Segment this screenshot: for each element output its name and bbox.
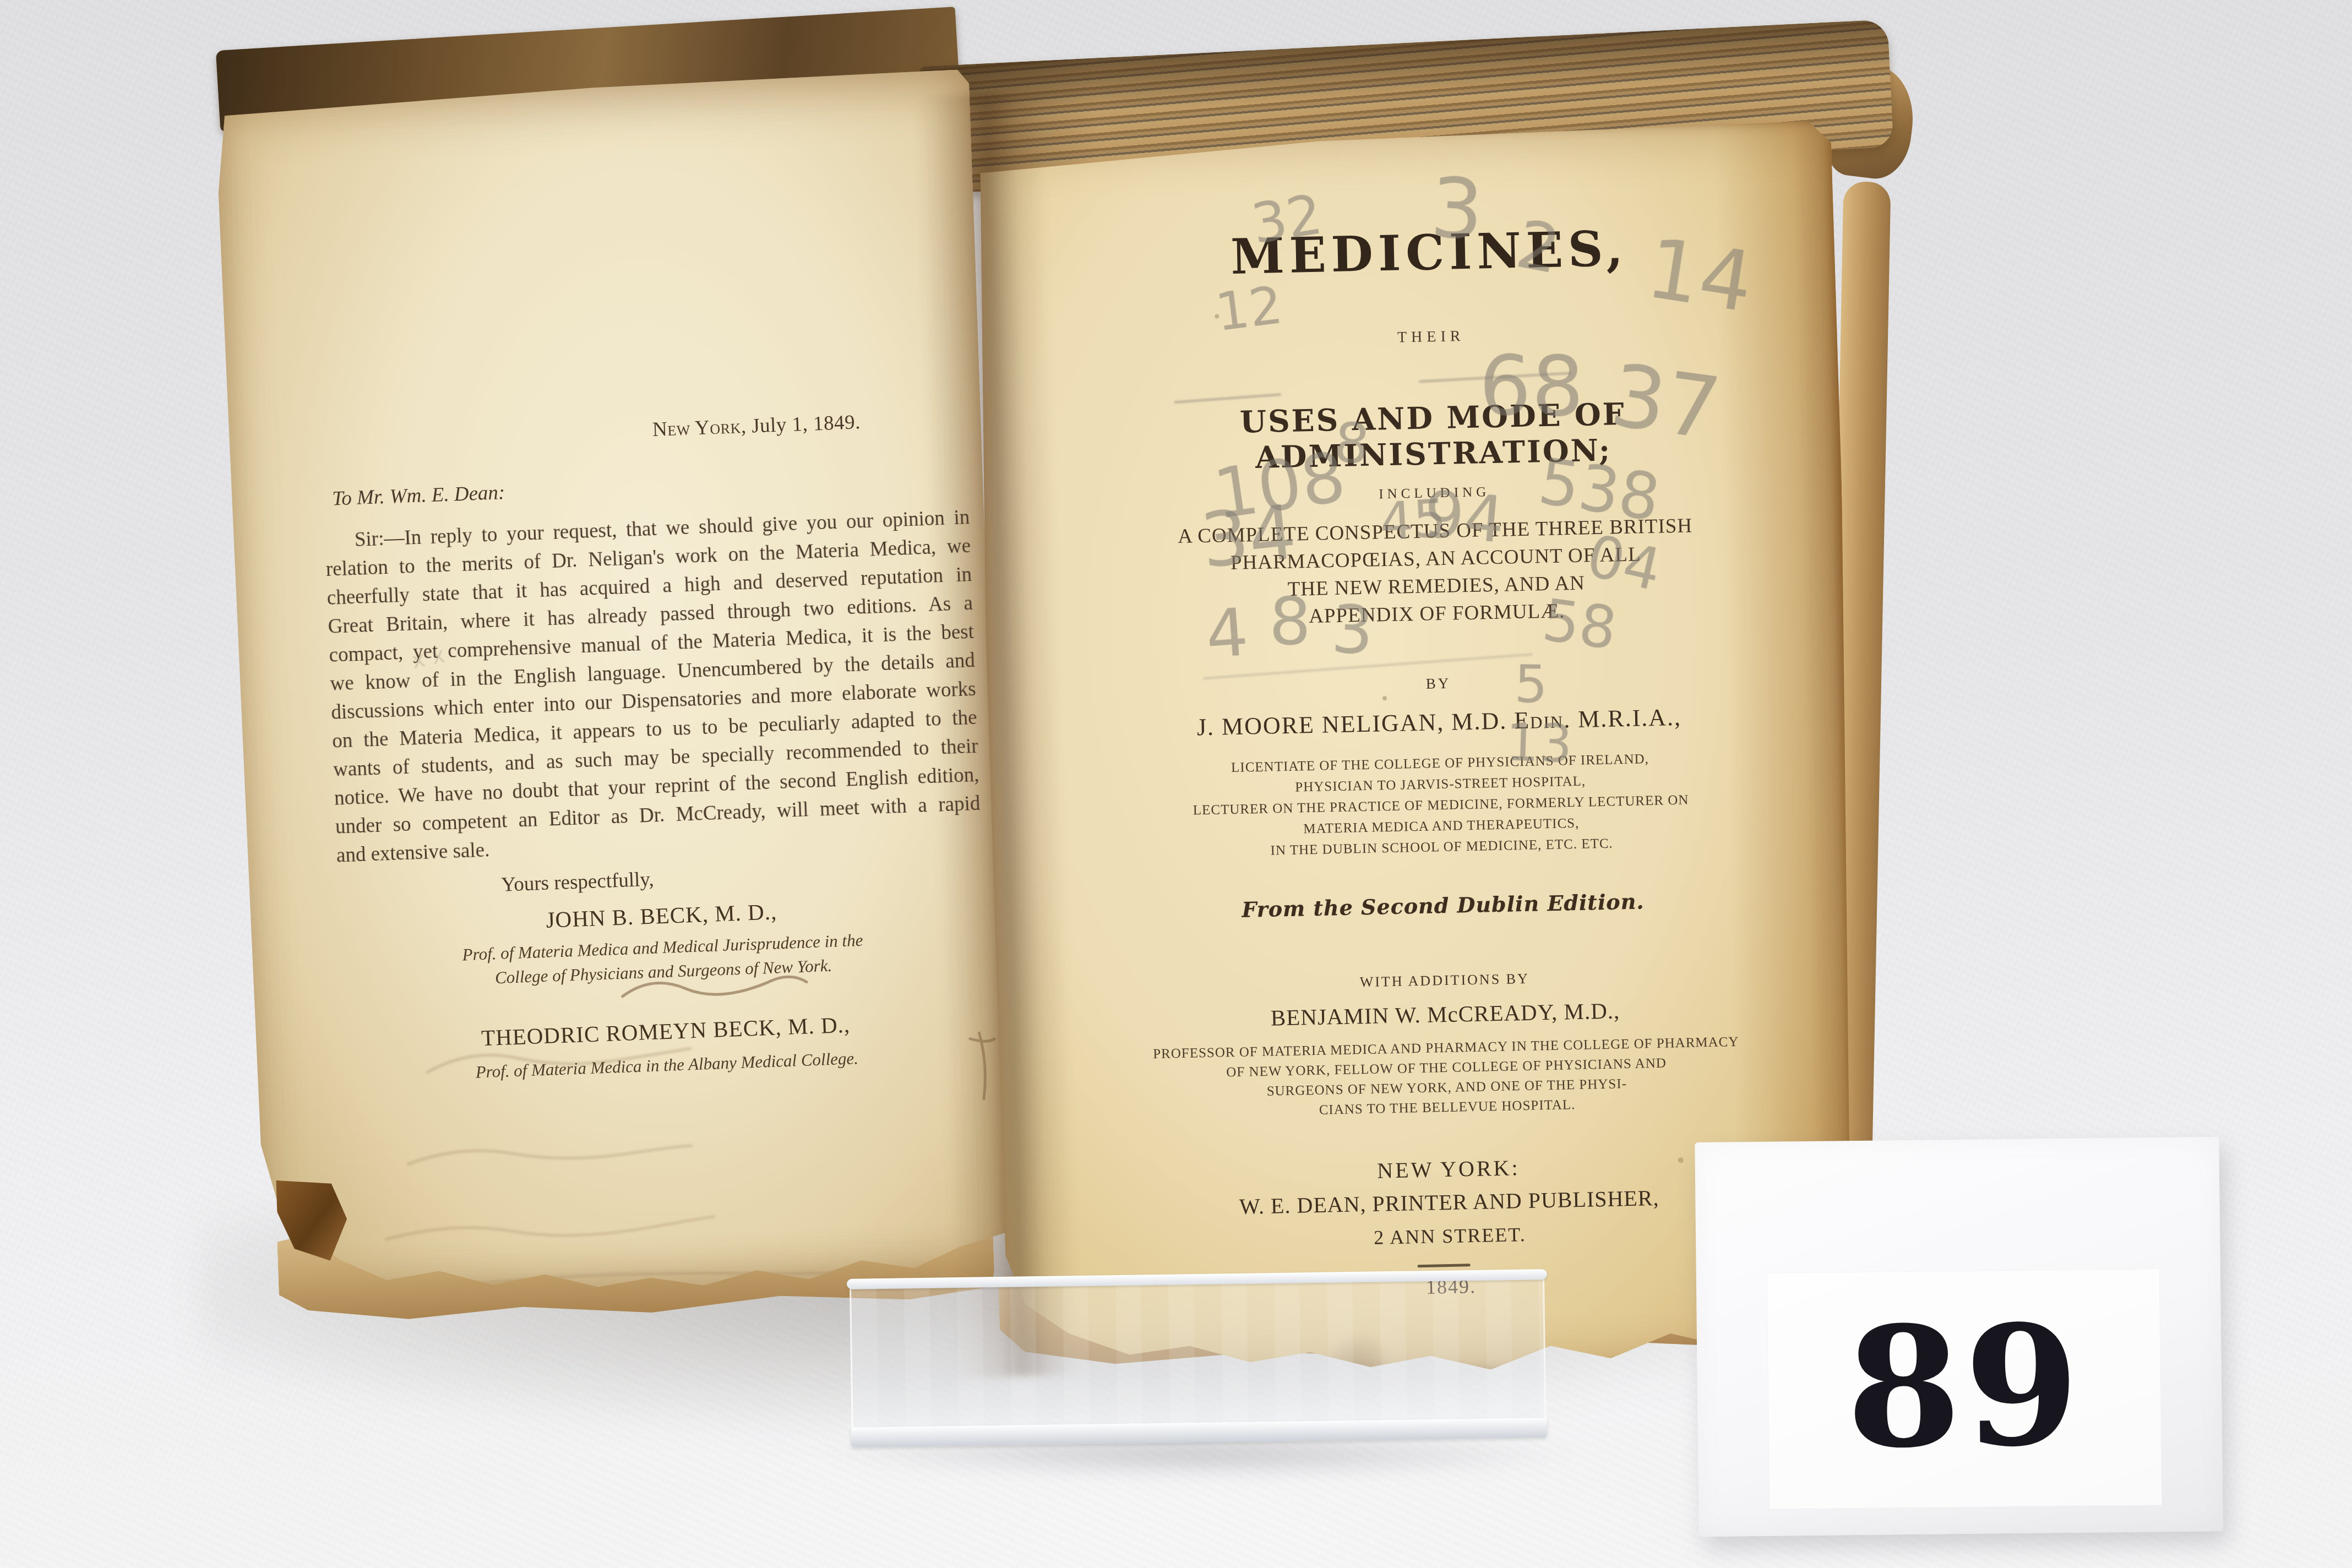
pencil-annotation: 34 [1197, 489, 1300, 585]
imprint-street: 2 ANN STREET. [1119, 1217, 1781, 1254]
pencil-line [1174, 393, 1282, 404]
letter-date-rest: July 1, 1849. [746, 411, 861, 438]
specimen-number: 89 [1767, 1280, 2162, 1493]
pencil-annotation: 4 [1204, 595, 1251, 674]
pencil-annotation: 37 [1605, 346, 1727, 459]
pencil-annotation: 3 [1330, 591, 1375, 670]
with-additions-by: WITH ADDITIONS BY [1114, 966, 1775, 996]
pencil-annotation: 68 [1478, 338, 1585, 435]
letter-dateline: New York, July 1, 1849. [321, 410, 861, 454]
pencil-annotation: 8 [1268, 583, 1311, 660]
edition-note: From the Second Dublin Edition. [1113, 886, 1774, 925]
left-page: New York, July 1, 1849. To Mr. Wm. E. De… [215, 69, 1012, 1302]
pencil-annotation: 13 [1505, 712, 1573, 775]
specimen-card-label: 89 [1767, 1268, 2162, 1509]
pencil-annotation: 58 [1539, 586, 1621, 663]
editor-credentials: PROFESSOR OF MATERIA MEDICA AND PHARMACY… [1115, 1031, 1778, 1124]
imprint-city: NEW YORK: [1118, 1149, 1779, 1189]
letter-salutation: To Mr. Wm. E. Dean: [331, 481, 505, 510]
acrylic-stand [850, 1273, 1547, 1447]
pencil-annotation: 94 [1421, 477, 1507, 558]
author-credentials: LICENTIATE OF THE COLLEGE OF PHYSICIANS … [1109, 747, 1772, 865]
pencil-annotation: 3 [1428, 160, 1485, 258]
author-name: J. MOORE NELIGAN, M.D. Edin. M.R.I.A., [1109, 701, 1770, 743]
editor-name: BENJAMIN W. McCREADY, M.D., [1115, 994, 1776, 1034]
letter-body: Sir:—In reply to your request, that we s… [324, 503, 982, 870]
pencil-annotation: 5 [1514, 654, 1548, 715]
pencil-annotation: 14 [1641, 221, 1759, 331]
title-by: BY [1108, 668, 1768, 699]
imprint-publisher: W. E. DEAN, PRINTER AND PUBLISHER, [1119, 1182, 1780, 1222]
imprint-rule [1418, 1264, 1471, 1267]
pencil-annotation: 12 [1212, 275, 1286, 343]
letter-date-place: New York, [652, 415, 747, 441]
specimen-card: 89 [1695, 1137, 2223, 1537]
pencil-annotation: 32 [1247, 182, 1326, 257]
title-their: THEIR [1101, 322, 1761, 353]
